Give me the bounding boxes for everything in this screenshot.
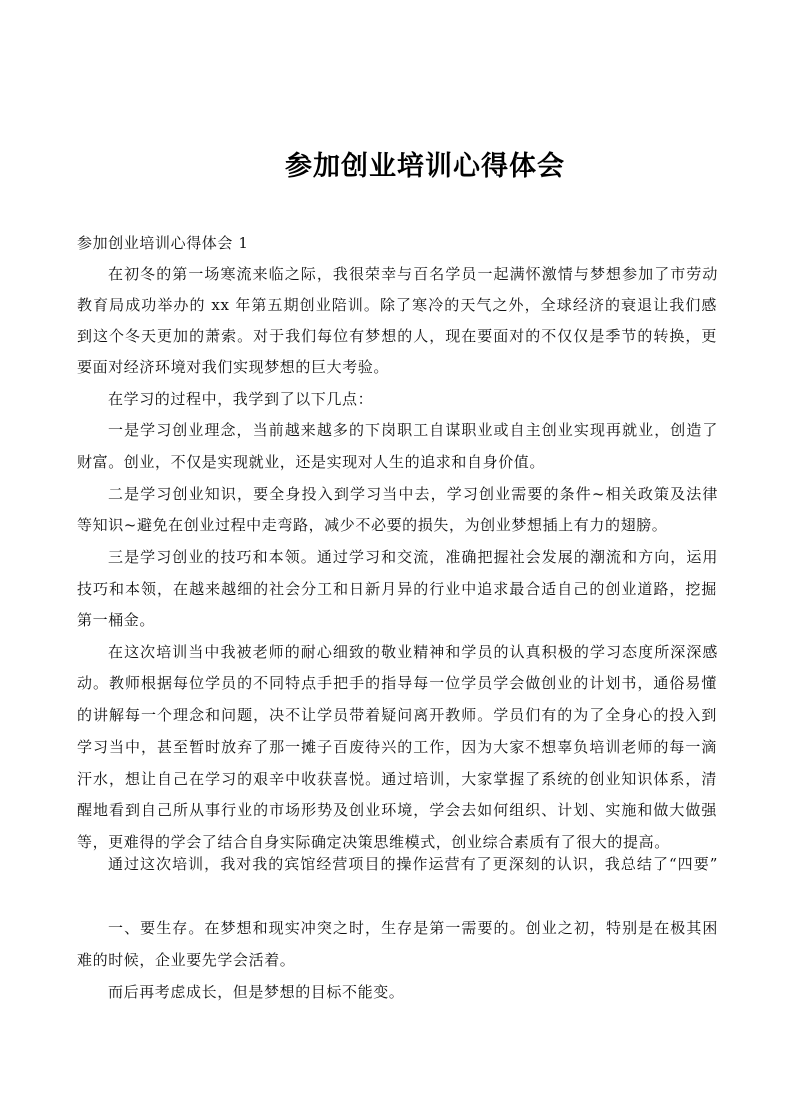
- text-line: 动。教师根据每位学员的不同特点手把手的指导每一位学员学会做创业的计划书，通俗易懂: [77, 673, 717, 693]
- text-line: 到这个冬天更加的萧索。对于我们每位有梦想的人，现在要面对的不仅仅是季节的转换，更: [77, 326, 717, 346]
- text-line: 技巧和本领，在越来越细的社会分工和日新月异的行业中追求最合适自己的创业道路，挖掘: [77, 579, 717, 599]
- text-line: 而后再考虑成长，但是梦想的目标不能变。: [108, 982, 718, 1002]
- text-line: 难的时候，企业要先学会活着。: [77, 950, 717, 970]
- text-line: 一是学习创业理念，当前越来越多的下岗职工自谋职业或自主创业实现再就业，创造了: [108, 420, 718, 440]
- text-line: 在初冬的第一场寒流来临之际，我很荣幸与百名学员一起满怀激情与梦想参加了市劳动: [108, 264, 718, 284]
- text-line: 学习当中，甚至暂时放弃了那一摊子百废待兴的工作，因为大家不想辜负培训老师的每一滴: [77, 737, 717, 757]
- text-line: 第一桶金。: [77, 610, 717, 630]
- text-line: 汗水，想让自己在学习的艰辛中收获喜悦。通过培训，大家掌握了系统的创业知识体系，清: [77, 769, 717, 789]
- text-line: 在学习的过程中，我学到了以下几点：: [108, 389, 718, 409]
- text-line: 醒地看到自己所从事行业的市场形势及创业环境，学会去如何组织、计划、实施和做大做强: [77, 800, 717, 820]
- text-line: 三是学习创业的技巧和本领。通过学习和交流，准确把握社会发展的潮流和方向，运用: [108, 547, 718, 567]
- section-heading: 参加创业培训心得体会 1: [77, 233, 717, 253]
- text-line: 的讲解每一个理念和问题，决不让学员带着疑问离开教师。学员们有的为了全身心的投入到: [77, 705, 717, 725]
- text-line: 在这次培训当中我被老师的耐心细致的敬业精神和学员的认真积极的学习态度所深深感: [108, 642, 718, 662]
- text-line: 等知识~避免在创业过程中走弯路，减少不必要的损失，为创业梦想插上有力的翅膀。: [77, 515, 717, 535]
- text-line: 二是学习创业知识，要全身投入到学习当中去，学习创业需要的条件~相关政策及法律: [108, 484, 718, 504]
- text-line: 通过这次培训，我对我的宾馆经营项目的操作运营有了更深刻的认识，我总结了“四要”: [108, 854, 718, 874]
- text-line: 教育局成功举办的 xx 年第五期创业陪训。除了寒冷的天气之外，全球经济的衰退让我…: [77, 295, 717, 315]
- document-page: 参加创业培训心得体会 参加创业培训心得体会 1 在初冬的第一场寒流来临之际，我很…: [0, 0, 792, 1120]
- text-line: 要面对经济环境对我们实现梦想的巨大考验。: [77, 357, 717, 377]
- text-line: 等，更难得的学会了结合自身实际确定决策思维模式，创业综合素质有了很大的提高。: [77, 832, 717, 852]
- document-title: 参加创业培训心得体会: [0, 144, 792, 183]
- text-line: 财富。创业，不仅是实现就业，还是实现对人生的追求和自身价值。: [77, 452, 717, 472]
- text-line: 一、要生存。在梦想和现实冲突之时，生存是第一需要的。创业之初，特别是在极其困: [108, 918, 718, 938]
